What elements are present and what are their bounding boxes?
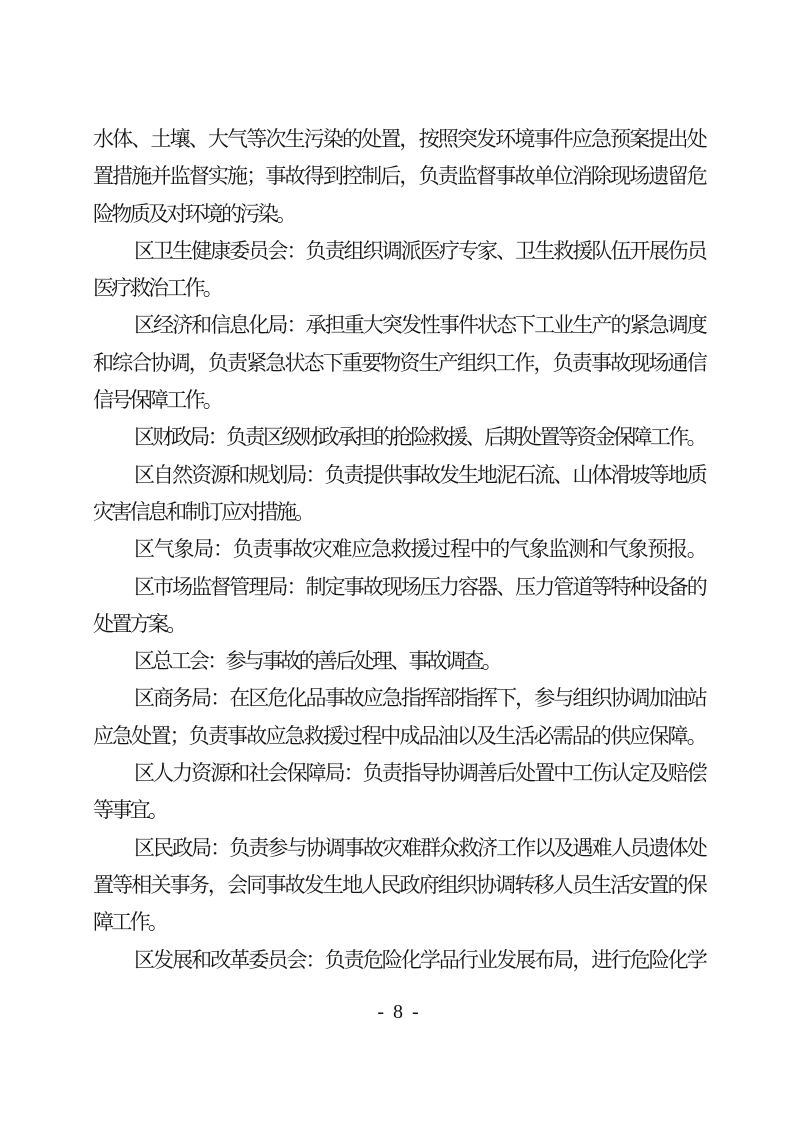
text-line: 区自然资源和规划局：负责提供事故发生地泥石流、山体滑坡等地质	[93, 457, 705, 494]
text-line: 等事宜。	[93, 792, 705, 829]
paragraph: 区卫生健康委员会：负责组织调派医疗专家、卫生救援队伍开展伤员医疗救治工作。	[93, 233, 705, 308]
document-page: 水体、土壤、大气等次生污染的处置，按照突发环境事件应急预案提出处置措施并监督实施…	[0, 0, 793, 1122]
paragraph: 区经济和信息化局：承担重大突发性事件状态下工业生产的紧急调度和综合协调，负责紧急…	[93, 307, 705, 419]
text-line: 水体、土壤、大气等次生污染的处置，按照突发环境事件应急预案提出处	[93, 121, 705, 158]
text-line: 障工作。	[93, 904, 705, 941]
paragraph: 水体、土壤、大气等次生污染的处置，按照突发环境事件应急预案提出处置措施并监督实施…	[93, 121, 705, 233]
paragraph: 区人力资源和社会保障局：负责指导协调善后处置中工伤认定及赔偿等事宜。	[93, 755, 705, 830]
text-line: 区市场监督管理局：制定事故现场压力容器、压力管道等特种设备的	[93, 569, 705, 606]
text-line: 险物质及对环境的污染。	[93, 196, 705, 233]
text-line: 区气象局：负责事故灾难应急救援过程中的气象监测和气象预报。	[93, 531, 705, 568]
text-body: 水体、土壤、大气等次生污染的处置，按照突发环境事件应急预案提出处置措施并监督实施…	[93, 121, 705, 979]
page-number: - 8 -	[93, 1001, 705, 1024]
paragraph: 区市场监督管理局：制定事故现场压力容器、压力管道等特种设备的处置方案。	[93, 569, 705, 644]
paragraph: 区民政局：负责参与协调事故灾难群众救济工作以及遇难人员遗体处置等相关事务，会同事…	[93, 830, 705, 942]
text-line: 应急处置；负责事故应急救援过程中成品油以及生活必需品的供应保障。	[93, 718, 705, 755]
text-line: 处置方案。	[93, 606, 705, 643]
text-line: 置等相关事务，会同事故发生地人民政府组织协调转移人员生活安置的保	[93, 867, 705, 904]
paragraph: 区气象局：负责事故灾难应急救援过程中的气象监测和气象预报。	[93, 531, 705, 568]
text-line: 区商务局：在区危化品事故应急指挥部指挥下，参与组织协调加油站	[93, 680, 705, 717]
text-line: 医疗救治工作。	[93, 270, 705, 307]
text-line: 和综合协调，负责紧急状态下重要物资生产组织工作，负责事故现场通信	[93, 345, 705, 382]
paragraph: 区自然资源和规划局：负责提供事故发生地泥石流、山体滑坡等地质灾害信息和制订应对措…	[93, 457, 705, 532]
paragraph: 区商务局：在区危化品事故应急指挥部指挥下，参与组织协调加油站应急处置；负责事故应…	[93, 680, 705, 755]
text-line: 灾害信息和制订应对措施。	[93, 494, 705, 531]
paragraph: 区发展和改革委员会：负责危险化学品行业发展布局，进行危险化学	[93, 942, 705, 979]
text-line: 信号保障工作。	[93, 382, 705, 419]
text-line: 区发展和改革委员会：负责危险化学品行业发展布局，进行危险化学	[93, 942, 705, 979]
text-line: 区人力资源和社会保障局：负责指导协调善后处置中工伤认定及赔偿	[93, 755, 705, 792]
text-line: 置措施并监督实施；事故得到控制后，负责监督事故单位消除现场遗留危	[93, 158, 705, 195]
text-line: 区财政局：负责区级财政承担的抢险救援、后期处置等资金保障工作。	[93, 419, 705, 456]
paragraph: 区财政局：负责区级财政承担的抢险救援、后期处置等资金保障工作。	[93, 419, 705, 456]
text-line: 区总工会：参与事故的善后处理、事故调查。	[93, 643, 705, 680]
text-line: 区经济和信息化局：承担重大突发性事件状态下工业生产的紧急调度	[93, 307, 705, 344]
text-line: 区民政局：负责参与协调事故灾难群众救济工作以及遇难人员遗体处	[93, 830, 705, 867]
text-line: 区卫生健康委员会：负责组织调派医疗专家、卫生救援队伍开展伤员	[93, 233, 705, 270]
paragraph: 区总工会：参与事故的善后处理、事故调查。	[93, 643, 705, 680]
